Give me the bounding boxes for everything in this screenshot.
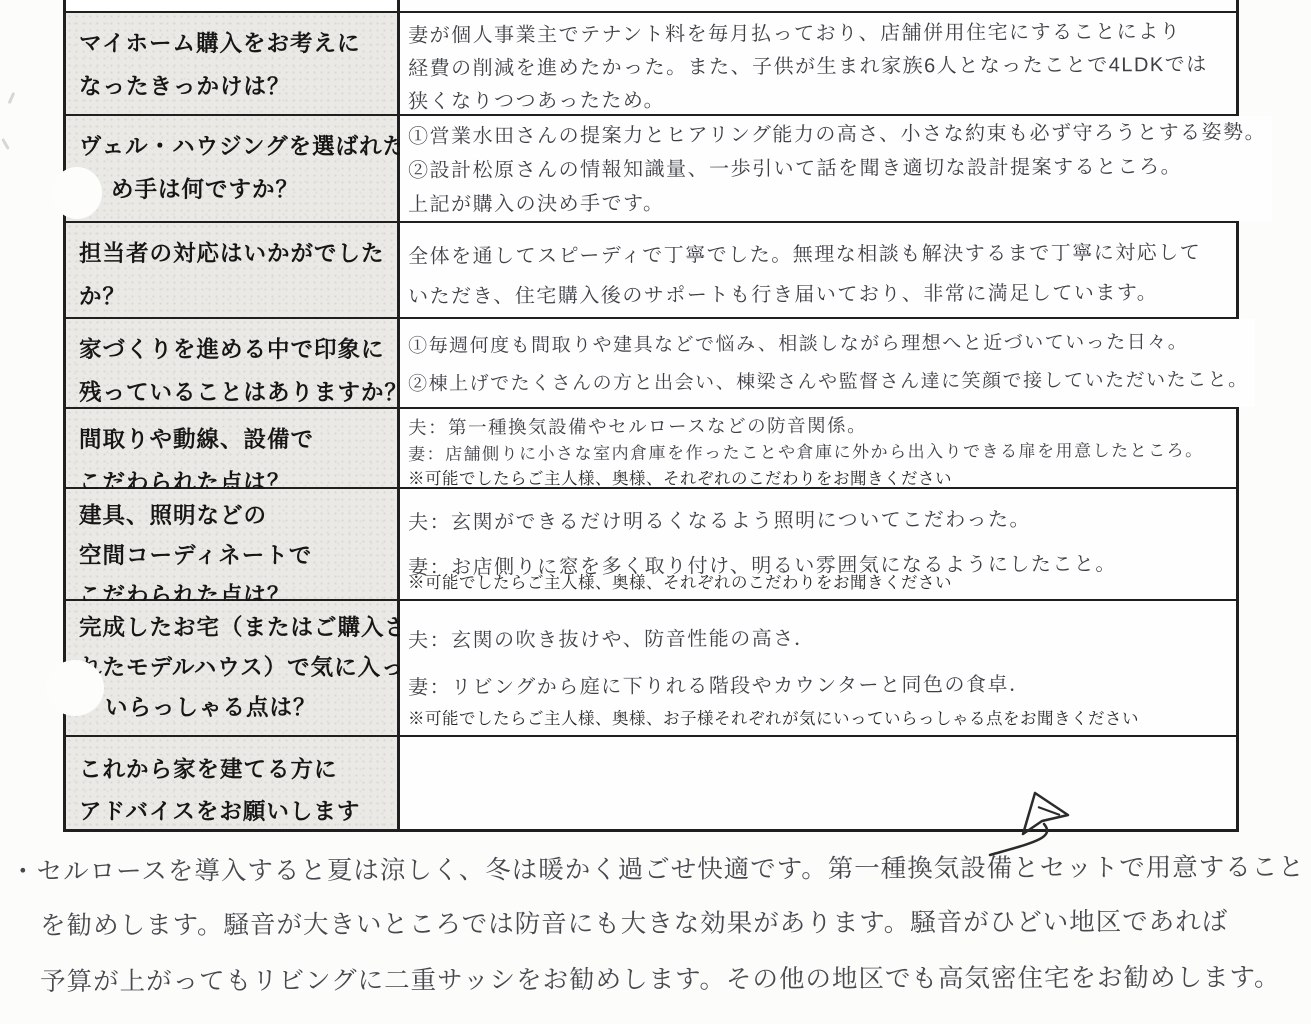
answer-cell: ①毎週何度も間取りや建具などで悩み、相談しながら理想へと近づいていった日々。 ②… [400, 319, 1255, 407]
question-line: 残っていることはありますか？ [79, 371, 393, 414]
survey-table: マイホーム購入をお考えに なったきっかけは？ 妻が個人事業主でテナント料を毎月払… [63, 0, 1239, 832]
advice-note-line: 予算が上がってもリビングに二重サッシをお勧めします。その他の地区でも高気密住宅を… [40, 958, 1281, 998]
handwritten-answer-line: 全体を通してスピーディで丁寧でした。無理な相談も解決するまで丁寧に対応して [408, 233, 1230, 277]
question-cell: マイホーム購入をお考えに なったきっかけは？ [66, 13, 400, 114]
handwritten-answer-line: ②棟上げでたくさんの方と出会い、棟梁さんや監督さん達に笑顔で接していただいたこと… [408, 362, 1249, 404]
table-row-partial [66, 0, 1236, 13]
question-line: れたモデルハウス）で気に入っ [79, 648, 393, 688]
table-row: ヴェル・ハウジングを選ばれた め手は何ですか？ ①営業水田さんの提案力とヒアリン… [66, 116, 1236, 223]
scan-speck [1, 138, 10, 150]
survey-note-line: ※可能でしたらご主人様、奥様、お子様それぞれが気にいっていらっしゃる点をお聞きく… [408, 708, 1139, 730]
question-line: め手は何ですか？ [79, 168, 393, 211]
table-row: 建具、照明などの 空間コーディネートで こだわられた点は？ 夫：玄関ができるだけ… [66, 489, 1236, 601]
question-line: 家づくりを進める中で印象に [79, 328, 393, 371]
handwritten-answer-line: 妻が個人事業主でテナント料を毎月払っており、店舗併用住宅にすることにより [408, 16, 1230, 53]
answer-cell: ①営業水田さんの提案力とヒアリング能力の高さ、小さな約束も必ず守ろうとする姿勢。… [400, 116, 1272, 221]
question-line: 担当者の対応はいかがでした [79, 232, 393, 275]
question-cell: 完成したお宅（またはご購入さ れたモデルハウス）で気に入っ いらっしゃる点は？ [66, 601, 400, 735]
advice-note-line: を勧めします。騒音が大きいところでは防音にも大きな効果があります。騒音がひどい地… [40, 902, 1228, 942]
table-row: 完成したお宅（またはご購入さ れたモデルハウス）で気に入っ いらっしゃる点は？ … [66, 601, 1236, 737]
handwritten-answer-line: 経費の削減を進めたかった。また、子供が生まれ家族6人となったことで4LDKでは [408, 49, 1230, 86]
handwritten-answer-line: 夫：玄関ができるだけ明るくなるよう照明についてこだわった。 [408, 497, 1230, 546]
answer-cell: 妻が個人事業主でテナント料を毎月払っており、店舗併用住宅にすることにより 経費の… [400, 13, 1236, 114]
handwritten-answer-line: 妻：店舗側りに小さな室内倉庫を作ったことや倉庫に外から出入りできる扉を用意したと… [408, 437, 1230, 468]
scanned-survey-page: マイホーム購入をお考えに なったきっかけは？ 妻が個人事業主でテナント料を毎月払… [0, 0, 1311, 1024]
question-line: 空間コーディネートで [79, 536, 393, 576]
handwritten-answer-line: いただき、住宅購入後のサポートも行き届いており、非常に満足しています。 [408, 273, 1230, 317]
question-line: 建具、照明などの [79, 496, 393, 536]
question-cell: ヴェル・ハウジングを選ばれた め手は何ですか？ [66, 116, 400, 221]
question-line: 完成したお宅（またはご購入さ [79, 608, 393, 648]
handwritten-answer-line: 夫：玄関の吹き抜けや、防音性能の高さ． [408, 614, 1230, 665]
answer-cell: 夫：第一種換気設備やセルロースなどの防音関係。 妻：店舗側りに小さな室内倉庫を作… [400, 409, 1236, 487]
answer-cell: 夫：玄関の吹き抜けや、防音性能の高さ． 妻：リビングから庭に下りれる階段やカウン… [400, 601, 1236, 735]
answer-cell: 全体を通してスピーディで丁寧でした。無理な相談も解決するまで丁寧に対応して いた… [400, 223, 1236, 317]
question-line: ヴェル・ハウジングを選ばれた [79, 125, 393, 168]
scan-speck [8, 92, 16, 104]
table-row: 担当者の対応はいかがでした か？ 全体を通してスピーディで丁寧でした。無理な相談… [66, 223, 1236, 319]
question-line: か？ [79, 275, 393, 318]
question-cell: 建具、照明などの 空間コーディネートで こだわられた点は？ [66, 489, 400, 599]
handwritten-answer-line: ①毎週何度も間取りや建具などで悩み、相談しながら理想へと近づいていった日々。 [408, 324, 1249, 366]
survey-note-line: ※可能でしたらご主人様、奥様、それぞれのこだわりをお聞きください [408, 572, 952, 594]
table-row: 間取りや動線、設備で こだわられた点は？ 夫：第一種換気設備やセルロースなどの防… [66, 409, 1236, 489]
handwritten-answer-line: 上記が購入の決め手です。 [408, 184, 1266, 222]
scan-blob [46, 660, 104, 716]
handwritten-answer-line: 妻：リビングから庭に下りれる階段やカウンターと同色の食卓． [408, 661, 1230, 712]
question-line: いらっしゃる点は？ [79, 688, 393, 728]
question-cell: 間取りや動線、設備で こだわられた点は？ [66, 409, 400, 487]
advice-note-line: ・セルロースを導入すると夏は涼しく、冬は暖かく過ごせ快適です。第一種換気設備とセ… [10, 847, 1305, 888]
survey-note-line: ※可能でしたらご主人様、奥様、それぞれのこだわりをお聞きください [408, 468, 1230, 490]
handwritten-answer-line: 夫：第一種換気設備やセルロースなどの防音関係。 [408, 410, 1230, 441]
question-cell: 家づくりを進める中で印象に 残っていることはありますか？ [66, 319, 400, 407]
table-row: 家づくりを進める中で印象に 残っていることはありますか？ ①毎週何度も間取りや建… [66, 319, 1236, 409]
answer-cell: 夫：玄関ができるだけ明るくなるよう照明についてこだわった。 妻：お店側りに窓を多… [400, 489, 1236, 599]
question-line: 間取りや動線、設備で [79, 418, 393, 461]
handwritten-answer-line: ①営業水田さんの提案力とヒアリング能力の高さ、小さな約束も必ず守ろうとする姿勢。 [408, 116, 1266, 154]
question-line: アドバイスをお願いします [79, 791, 393, 833]
question-cell [66, 0, 400, 11]
question-cell: 担当者の対応はいかがでした か？ [66, 223, 400, 317]
question-line: これから家を建てる方に [79, 749, 393, 791]
scan-blob [52, 167, 102, 219]
answer-cell [400, 0, 1236, 11]
question-cell: これから家を建てる方に アドバイスをお願いします [66, 737, 400, 829]
table-row: マイホーム購入をお考えに なったきっかけは？ 妻が個人事業主でテナント料を毎月払… [66, 13, 1236, 116]
question-line: なったきっかけは？ [79, 65, 393, 108]
handwritten-answer-line: 狭くなりつつあったため。 [408, 82, 1230, 119]
question-line: マイホーム購入をお考えに [79, 22, 393, 65]
handwritten-answer-line: ②設計松原さんの情報知識量、一歩引いて話を聞き適切な設計提案するところ。 [408, 150, 1266, 188]
